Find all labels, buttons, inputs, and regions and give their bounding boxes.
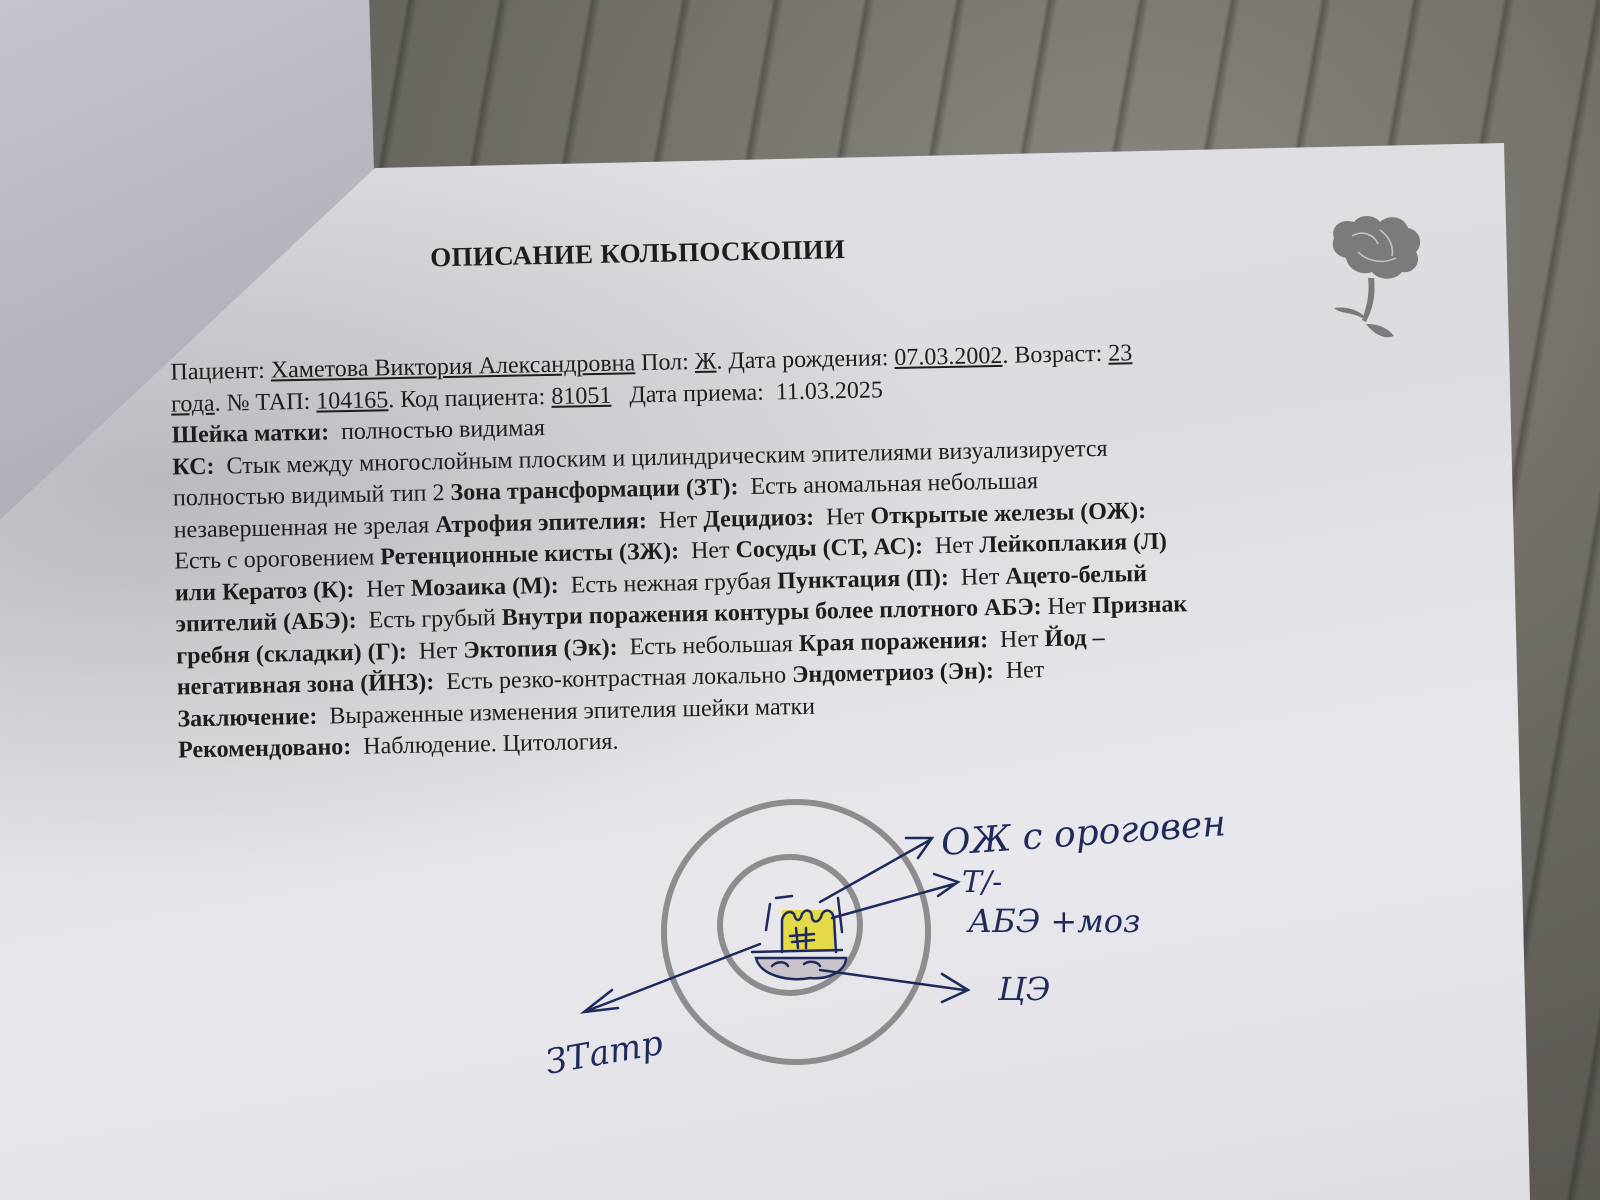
note-top: ОЖ с ороговен — [940, 803, 1227, 864]
note-middle-2: АБЭ +моз — [966, 902, 1140, 940]
note-middle-1: Т/- — [962, 865, 1002, 900]
lesion-highlight — [782, 910, 834, 952]
hand-drawn-cervix-diagram: ОЖ с ороговен Т/- АБЭ +моз ЦЭ ЗТатр — [0, 0, 1600, 1200]
note-left: ЗТатр — [543, 1023, 666, 1083]
note-right: ЦЭ — [997, 970, 1050, 1008]
